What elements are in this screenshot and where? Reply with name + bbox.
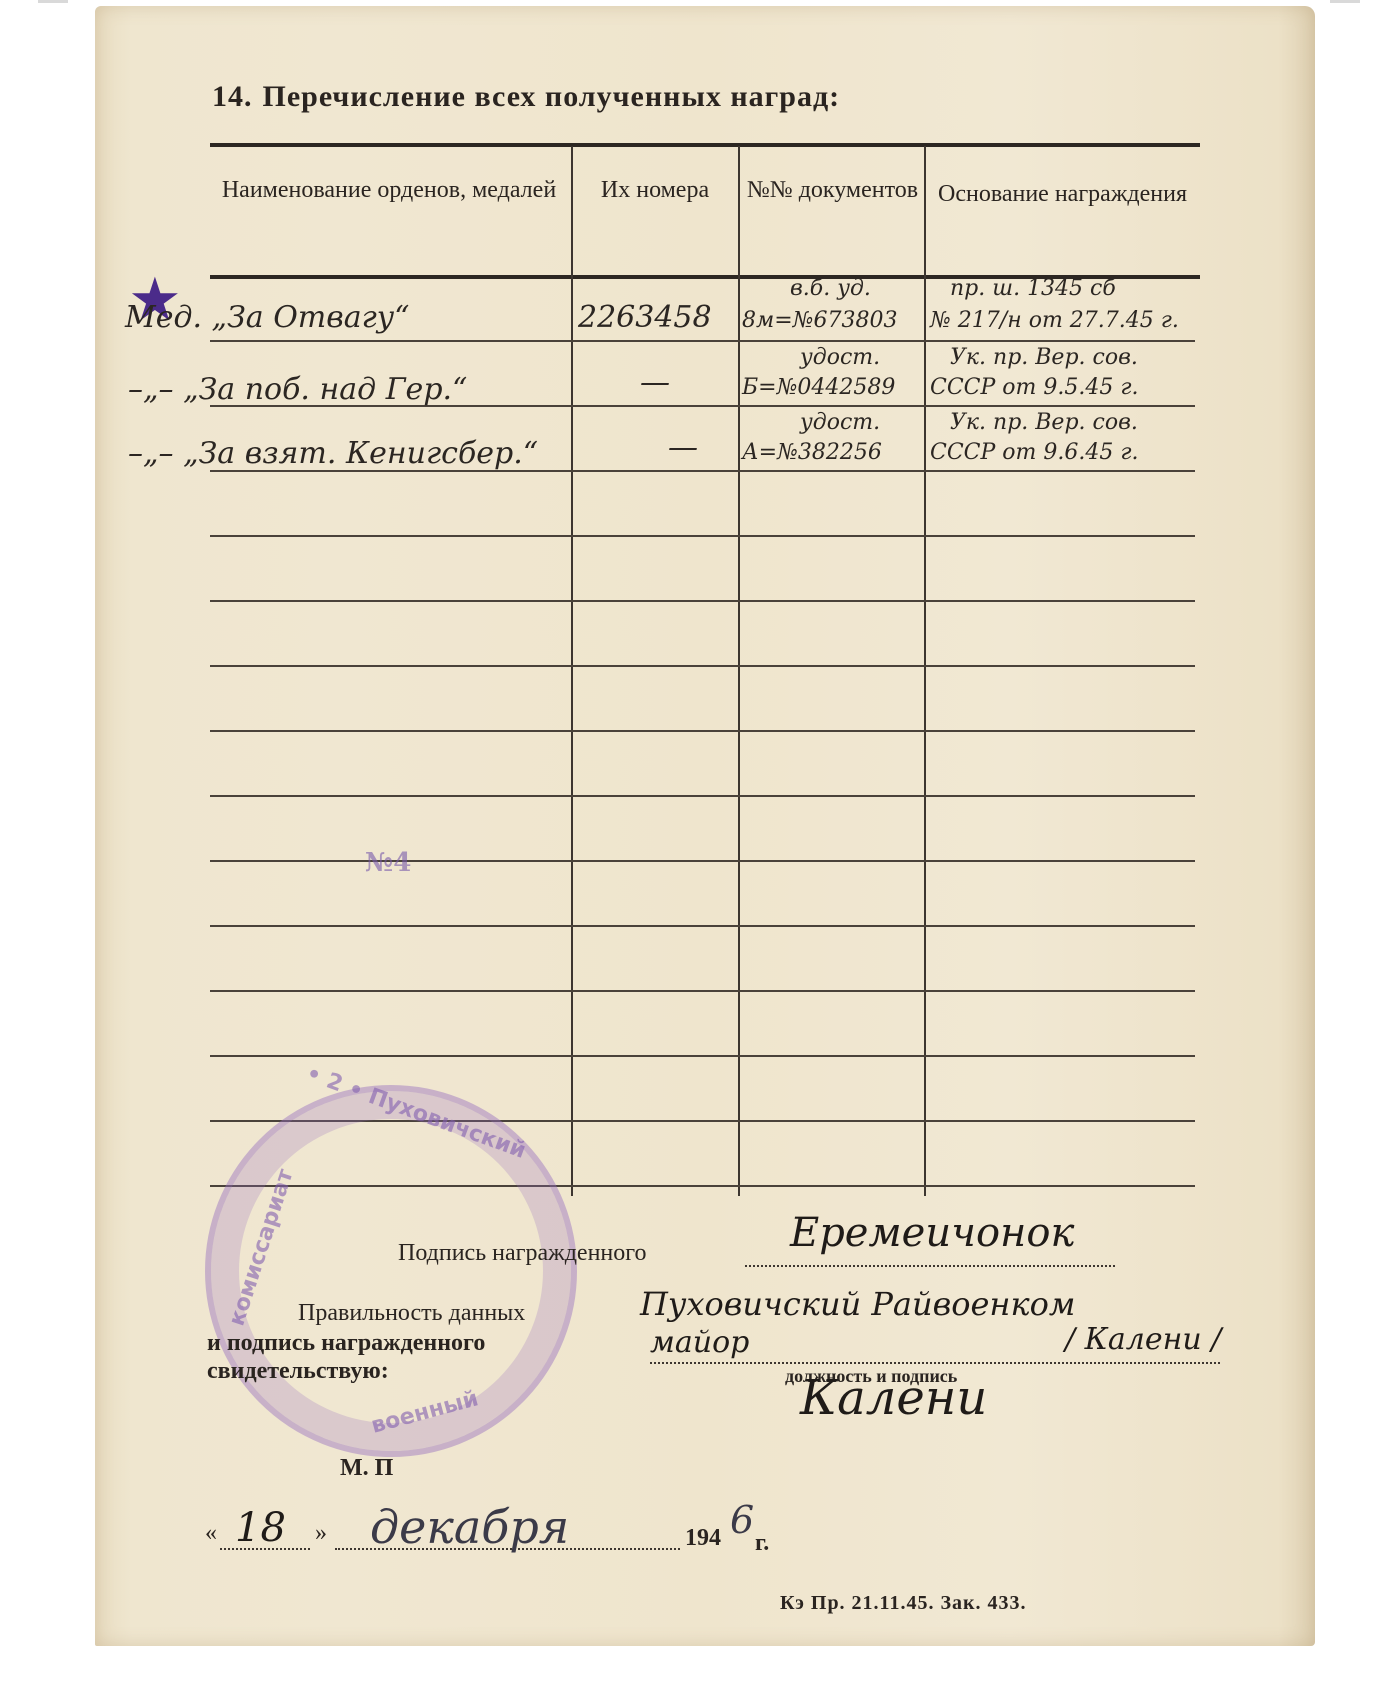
award-basis-line1: Ук. пр. Вер. сов. — [950, 410, 1138, 435]
award-basis-line1: Ук. пр. Вер. сов. — [950, 345, 1138, 370]
certify-label-line1: Правильность данных — [298, 1300, 525, 1327]
certify-label-line3: свидетельствую: — [207, 1358, 389, 1385]
award-number: 2263458 — [578, 300, 712, 335]
document-type: удост. — [800, 345, 880, 370]
header-document-numbers: №№ документов — [745, 168, 920, 212]
awardee-signature-line — [745, 1265, 1115, 1267]
date-year-unit: г. — [755, 1530, 769, 1557]
document-type: в.б. уд. — [790, 276, 871, 301]
date-day: 18 — [235, 1505, 286, 1551]
header-award-name: Наименование орденов, медалей — [210, 168, 568, 212]
seal-label: М. П — [340, 1455, 393, 1482]
date-close-quote: » — [315, 1520, 327, 1547]
printer-mark: Кэ Пр. 21.11.45. Зак. 433. — [780, 1592, 1027, 1615]
certify-label-line2: и подпись награжденного — [207, 1330, 485, 1357]
row-line — [210, 1055, 1195, 1057]
column-divider-2 — [738, 146, 740, 1196]
award-name: Мед. „За Отвагу“ — [125, 300, 410, 335]
row-line — [210, 925, 1195, 927]
award-basis-line2: № 217/н от 27.7.45 г. — [930, 308, 1179, 333]
row-line — [210, 600, 1195, 602]
date-year-suffix: 6 — [730, 1498, 754, 1542]
certifier-title-line2: майор — [650, 1325, 749, 1360]
column-divider-1 — [571, 146, 573, 1196]
certifier-name: / Калени / — [1065, 1322, 1221, 1357]
award-name: –„– „За поб. над Гер.“ — [128, 372, 467, 407]
section-number: 14. — [212, 80, 253, 113]
margin-note: №4 — [365, 848, 411, 878]
awardee-signature: Еремеичонок — [790, 1210, 1074, 1256]
scan-edge-left — [38, 0, 68, 3]
certifier-title-line1: Пуховичский Райвоенком — [640, 1285, 1075, 1323]
scan-edge-right — [1330, 0, 1360, 3]
date-year-prefix: 194 — [685, 1525, 721, 1552]
award-basis-line2: СССР от 9.5.45 г. — [930, 375, 1138, 400]
header-award-numbers: Их номера — [580, 168, 730, 212]
date-open-quote: « — [205, 1520, 217, 1547]
row-line — [210, 665, 1195, 667]
document-type: удост. — [800, 410, 880, 435]
certifier-signature: Калени — [800, 1370, 987, 1426]
award-basis-line2: СССР от 9.6.45 г. — [930, 440, 1138, 465]
row-line — [210, 535, 1195, 537]
row-line — [210, 340, 1195, 342]
award-number: — — [640, 365, 670, 400]
award-number: — — [668, 430, 698, 465]
award-name: –„– „За взят. Кенигсбер.“ — [128, 436, 538, 471]
date-month: декабря — [370, 1500, 569, 1554]
document-number: Б=№0442589 — [742, 375, 895, 400]
row-line — [210, 990, 1195, 992]
table-top-rule — [210, 143, 1200, 147]
certifier-signature-line — [650, 1362, 1220, 1364]
column-divider-3 — [924, 146, 926, 1196]
document-number: А=№382256 — [742, 440, 882, 465]
awardee-signature-label: Подпись награжденного — [398, 1240, 647, 1267]
award-basis-line1: пр. ш. 1345 сб — [950, 276, 1116, 301]
row-line — [210, 860, 1195, 862]
row-line — [210, 730, 1195, 732]
section-title: 14.Перечисление всех полученных наград: — [212, 80, 840, 114]
row-line — [210, 795, 1195, 797]
header-award-basis: Основание награждения — [930, 172, 1195, 216]
section-title-text: Перечисление всех полученных наград: — [263, 80, 841, 113]
document-number: 8м=№673803 — [742, 308, 897, 333]
